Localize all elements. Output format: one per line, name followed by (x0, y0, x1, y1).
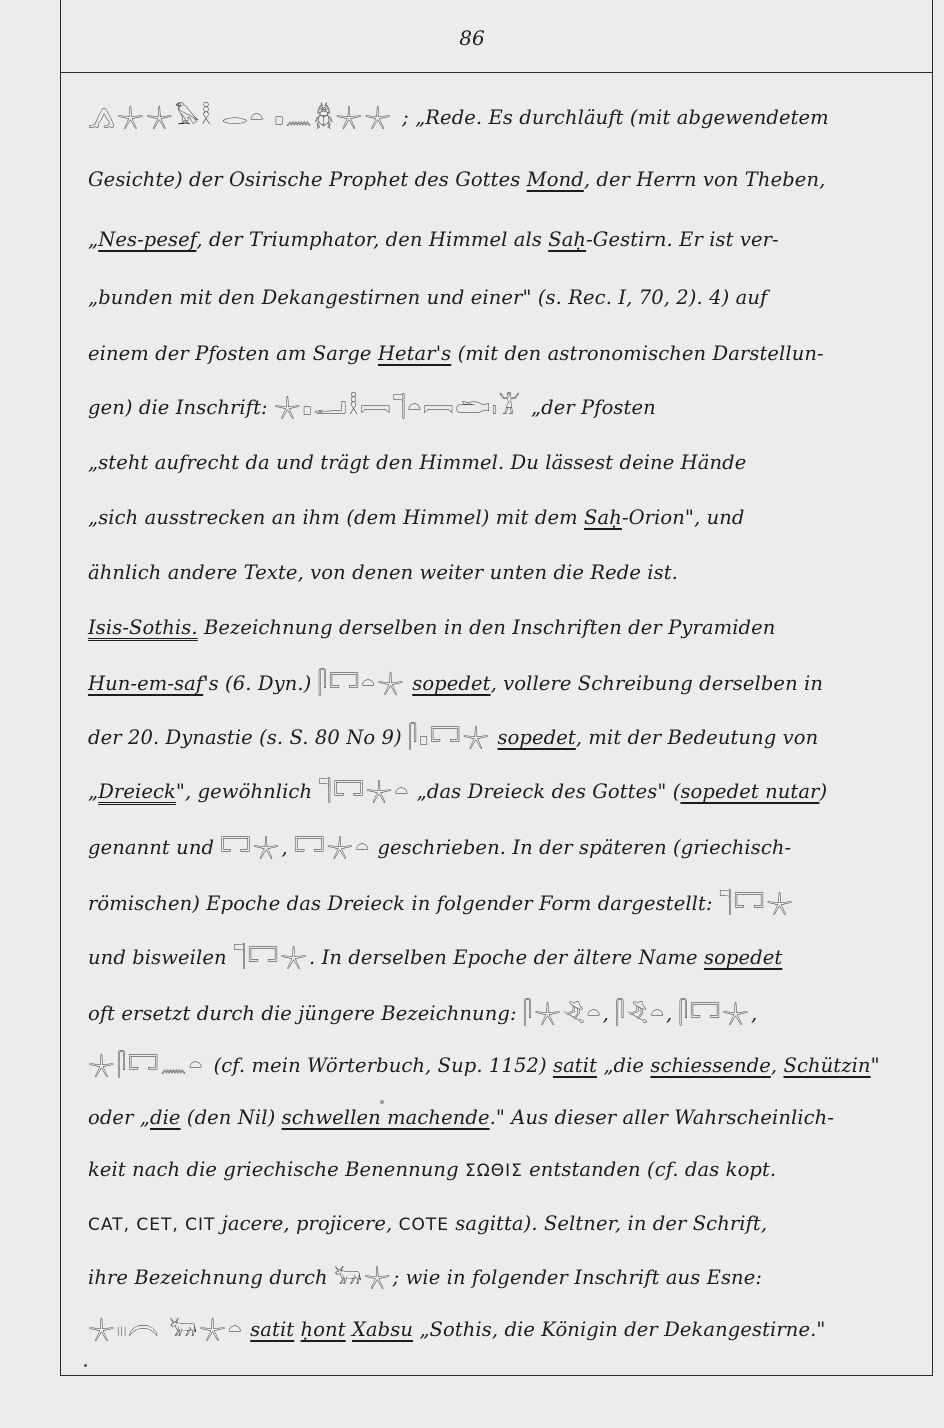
manuscript-line: einem der Pfosten am Sarge Hetar's (mit … (88, 334, 824, 374)
text-run: ihre Bezeichnung durch (88, 1266, 334, 1289)
text-run: genannt und (88, 836, 220, 859)
hieroglyph-group: 𓋴𓇼𓂙𓏏 (523, 1001, 603, 1026)
text-run: jacere, projicere, (215, 1212, 398, 1235)
underlined-term: sopedet (704, 946, 782, 969)
manuscript-line: ähnlich andere Texte, von denen weiter u… (88, 553, 678, 593)
underlined-term: Saḥ (584, 506, 622, 529)
text-run: ", gewöhnlich (176, 780, 319, 803)
underlined-term: Hetar's (378, 342, 451, 365)
manuscript-line: gen) die Inschrift: 𓇼𓊪𓂝𓎛𓇯𓊹𓏏𓇯𓂧𓏤𓀠 „der Pfo… (88, 388, 656, 428)
coptic-greek-word: ΣΩΘΙΣ (465, 1161, 523, 1181)
text-run: (den Nil) (181, 1106, 282, 1129)
header-rule (60, 72, 933, 73)
manuscript-line: 𓇼𓋴𓉐𓈖𓏏 (cf. mein Wörterbuch, Sup. 1152) s… (88, 1046, 880, 1086)
manuscript-line: Gesichte) der Osirische Prophet des Gott… (88, 160, 825, 200)
text-run: . In derselben Epoche der ältere Name (309, 946, 704, 969)
text-run: „die (597, 1054, 650, 1077)
text-run: „Sothis, die Königin der Dekangestirne." (413, 1318, 825, 1341)
hieroglyph-group: 𓇼𓏼𓇹 𓃒𓇼𓏏 (88, 1317, 244, 1342)
manuscript-line: Hun-em-saf's (6. Dyn.) 𓋴𓉐𓏏𓇼 sopedet, vol… (88, 664, 823, 704)
text-run: , (281, 836, 294, 859)
text-run: gen) die Inschrift: (88, 396, 274, 419)
hieroglyph-group: 𓋴𓂙𓏏 (615, 1001, 666, 1026)
underlined-term: Xabsu (352, 1318, 413, 1341)
text-run: ; wie in folgender Inschrift aus Esne: (393, 1266, 762, 1289)
manuscript-line: und bisweilen 𓊹𓉐𓇼. In derselben Epoche d… (88, 938, 782, 978)
manuscript-line: Isis-Sothis. Bezeichnung derselben in de… (88, 608, 775, 648)
text-run: und bisweilen (88, 946, 233, 969)
manuscript-line: 𓂻𓇼𓇼𓅃𓎛 𓂋𓏏 𓊪𓈖𓆣𓇼𓇼 ; „Rede. Es durchläuft (m… (88, 98, 829, 138)
text-run: -Gestirn. Er ist ver- (586, 228, 779, 251)
text-run: ähnlich andere Texte, von denen weiter u… (88, 561, 678, 584)
underlined-term: Hun-em-saf (88, 672, 203, 695)
text-run: , der Triumphator, den Himmel als (196, 228, 548, 251)
text-run: „das Dreieck des Gottes" ( (410, 780, 680, 803)
text-run: „steht aufrecht da und trägt den Himmel.… (88, 451, 746, 474)
manuscript-line: „Dreieck", gewöhnlich 𓊹𓉐𓇼𓏏 „das Dreieck … (88, 772, 827, 812)
text-run: entstanden (cf. das kopt. (523, 1158, 776, 1181)
hieroglyph-group: 𓉐𓇼 (220, 835, 281, 860)
text-run: sagitta). Seltner, in der Schrift, (449, 1212, 767, 1235)
coptic-greek-word: CAT, CET, CIT (88, 1215, 215, 1235)
text-run: " (871, 1054, 880, 1077)
underlined-term: die (150, 1106, 181, 1129)
hieroglyph-group: 𓊹𓉐𓇼𓏏 (318, 779, 410, 804)
text-run: , (666, 1002, 679, 1025)
underlined-term: satit (553, 1054, 597, 1077)
text-run: ; „Rede. Es durchläuft (mit abgewendetem (402, 106, 829, 129)
text-run: Gesichte) der Osirische Prophet des Gott… (88, 168, 527, 191)
text-run: Bezeichnung derselben in den Inschriften… (198, 616, 776, 639)
text-run: , (751, 1002, 757, 1025)
manuscript-line: genannt und 𓉐𓇼, 𓉐𓇼𓏏 geschrieben. In der … (88, 828, 791, 868)
manuscript-line: 𓇼𓏼𓇹 𓃒𓇼𓏏 satit ḥont Xabsu „Sothis, die Kö… (88, 1310, 825, 1350)
hieroglyph-group: 𓂻𓇼𓇼𓅃𓎛 𓂋𓏏 𓊪𓈖𓆣𓇼𓇼 (88, 105, 402, 130)
hieroglyph-group: 𓋴𓊪𓉐𓇼 (408, 725, 491, 750)
hieroglyph-group: 𓋴𓉐𓇼 (679, 1001, 751, 1026)
hieroglyph-group: 𓉐𓇼𓏏 (294, 835, 371, 860)
underlined-term: Mond (527, 168, 584, 191)
text-run: , (603, 1002, 616, 1025)
text-run: ." Aus dieser aller Wahrscheinlich- (490, 1106, 834, 1129)
text-run: , der Herrn von Theben, (584, 168, 826, 191)
double-underlined-heading: Dreieck (98, 780, 176, 803)
double-underlined-heading: Isis-Sothis. (88, 616, 198, 639)
underlined-term: sopedet nutar (680, 780, 819, 803)
text-run: oft ersetzt durch die jüngere Bezeichnun… (88, 1002, 523, 1025)
coptic-greek-word: COTE (399, 1215, 449, 1235)
manuscript-line: „steht aufrecht da und trägt den Himmel.… (88, 443, 746, 483)
text-run: , (771, 1054, 784, 1077)
text-run: ) (819, 780, 827, 803)
manuscript-line: „bunden mit den Dekangestirnen und einer… (88, 278, 767, 318)
underlined-term: satit (250, 1318, 294, 1341)
manuscript-line: römischen) Epoche das Dreieck in folgend… (88, 884, 795, 924)
text-run: „der Pfosten (531, 396, 656, 419)
text-run: römischen) Epoche das Dreieck in folgend… (88, 892, 719, 915)
text-run: 's (6. Dyn.) (203, 672, 318, 695)
manuscript-line: oder „die (den Nil) schwellen machende."… (88, 1098, 834, 1138)
text-run: der 20. Dynastie (s. S. 80 No 9) (88, 726, 408, 749)
paper-speck (380, 1100, 384, 1104)
paper-speck (84, 1364, 87, 1367)
text-run: (mit den astronomischen Darstellun- (451, 342, 823, 365)
hieroglyph-group: 𓃒𓇼 (334, 1265, 393, 1290)
manuscript-line: CAT, CET, CIT jacere, projicere, COTE sa… (88, 1204, 767, 1244)
manuscript-line: „Nes-pesef, der Triumphator, den Himmel … (88, 220, 779, 260)
text-run: , vollere Schreibung derselben in (491, 672, 823, 695)
manuscript-line: „sich ausstrecken an ihm (dem Himmel) mi… (88, 498, 744, 538)
underlined-term: Saḥ (548, 228, 586, 251)
text-run: -Orion", und (622, 506, 745, 529)
underlined-term: Schützin (783, 1054, 870, 1077)
text-run: „ (88, 780, 98, 803)
hieroglyph-group: 𓋴𓉐𓏏𓇼 (318, 671, 406, 696)
page-number: 86 (0, 26, 944, 50)
text-run: „sich ausstrecken an ihm (dem Himmel) mi… (88, 506, 584, 529)
manuscript-line: keit nach die griechische Benennung ΣΩΘΙ… (88, 1150, 776, 1190)
hieroglyph-group: 𓊹𓉐𓇼 (233, 945, 309, 970)
text-run: (cf. mein Wörterbuch, Sup. 1152) (214, 1054, 553, 1077)
text-run: keit nach die griechische Benennung (88, 1158, 465, 1181)
underlined-term: schwellen machende (282, 1106, 490, 1129)
underlined-term: ḥont (301, 1318, 346, 1341)
text-run: „ (88, 228, 98, 251)
manuscript-line: ihre Bezeichnung durch 𓃒𓇼; wie in folgen… (88, 1258, 762, 1298)
text-run: , mit der Bedeutung von (576, 726, 818, 749)
text-run: einem der Pfosten am Sarge (88, 342, 378, 365)
manuscript-line: oft ersetzt durch die jüngere Bezeichnun… (88, 994, 757, 1034)
hieroglyph-group: 𓇼𓊪𓂝𓎛𓇯𓊹𓏏𓇯𓂧𓏤𓀠 (274, 395, 531, 420)
text-run: oder „ (88, 1106, 150, 1129)
manuscript-line: der 20. Dynastie (s. S. 80 No 9) 𓋴𓊪𓉐𓇼 so… (88, 718, 818, 758)
underlined-term: sopedet (497, 726, 575, 749)
text-run: geschrieben. In der späteren (griechisch… (371, 836, 791, 859)
hieroglyph-group: 𓊹𓉐𓇼 (719, 891, 795, 916)
underlined-term: schiessende (650, 1054, 771, 1077)
underlined-term: Nes-pesef (98, 228, 196, 251)
underlined-term: sopedet (412, 672, 490, 695)
text-run: „bunden mit den Dekangestirnen und einer… (88, 286, 767, 309)
hieroglyph-group: 𓇼𓋴𓉐𓈖𓏏 (88, 1053, 214, 1078)
